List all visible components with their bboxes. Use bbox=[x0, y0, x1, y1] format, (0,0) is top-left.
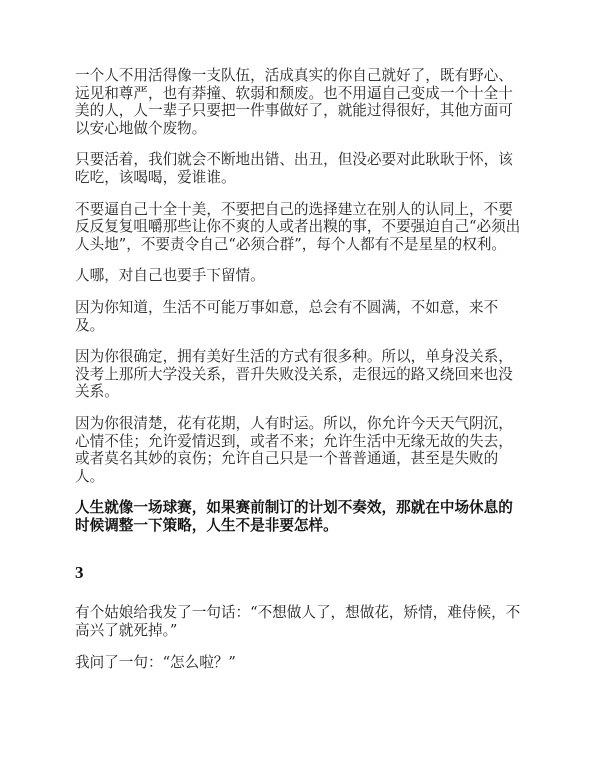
paragraph: 只要活着，我们就会不断地出错、出丑，但没必要对此耿耿于怀，该吃吃，该喝喝，爱谁谁… bbox=[75, 151, 525, 186]
bold-paragraph: 人生就像一场球赛，如果赛前制订的计划不奏效，那就在中场休息的时候调整一下策略，人… bbox=[75, 499, 525, 534]
paragraph: 有个姑娘给我发了一句话：“不想做人了，想做花，矫情，难侍候，不高兴了就死掉。” bbox=[75, 604, 525, 639]
paragraph: 人哪，对自己也要手下留情。 bbox=[75, 267, 525, 285]
paragraph: 因为你很清楚，花有花期，人有时运。所以，你允许今天天气阴沉，心情不佳；允许爱情迟… bbox=[75, 415, 525, 485]
paragraph: 不要逼自己十全十美，不要把自己的选择建立在别人的认同上，不要反反复复咀嚼那些让你… bbox=[75, 201, 525, 254]
paragraph: 我问了一句：“怎么啦？” bbox=[75, 654, 525, 672]
paragraph: 因为你知道，生活不可能万事如意，总会有不圆满，不如意，来不及。 bbox=[75, 299, 525, 334]
paragraph: 因为你很确定，拥有美好生活的方式有很多种。所以，单身没关系，没考上那所大学没关系… bbox=[75, 348, 525, 401]
section-number: 3 bbox=[75, 564, 525, 582]
paragraph: 一个人不用活得像一支队伍，活成真实的你自己就好了，既有野心、远见和尊严，也有莽撞… bbox=[75, 67, 525, 137]
document-page: 一个人不用活得像一支队伍，活成真实的你自己就好了，既有野心、远见和尊严，也有莽撞… bbox=[75, 67, 525, 685]
